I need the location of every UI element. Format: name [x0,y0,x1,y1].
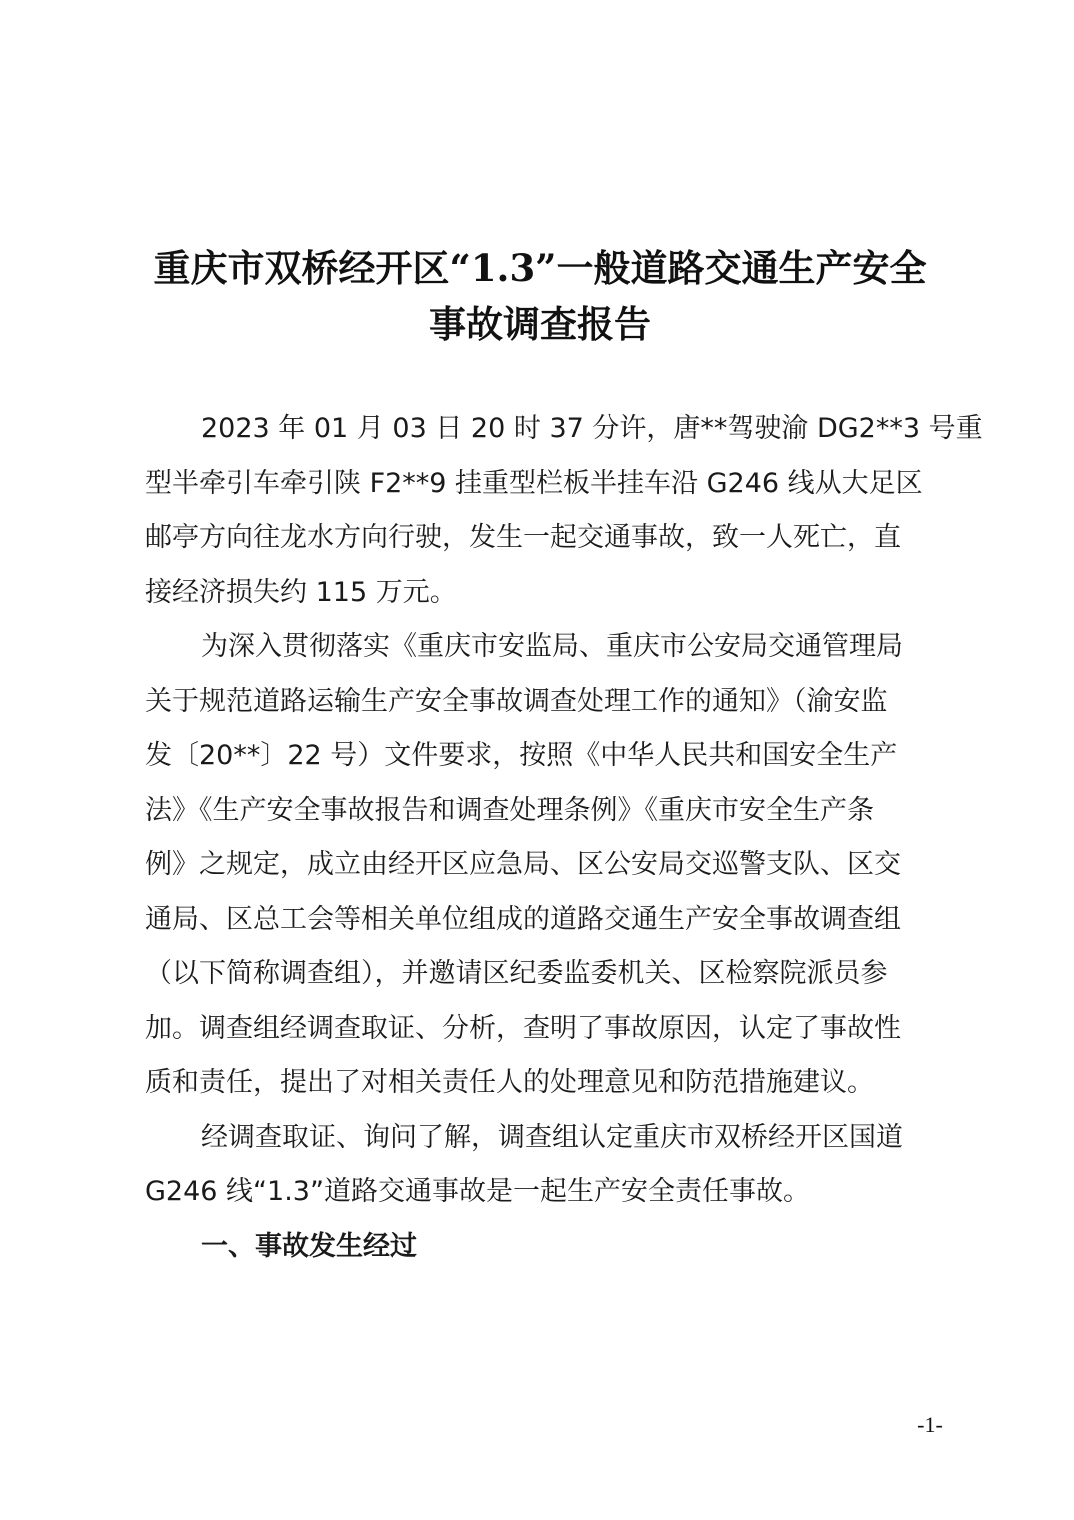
text-line: 为深入贯彻落实《重庆市安监局、重庆市公安局交通管理局 [145,620,945,675]
text-line: 2023 年 01 月 03 日 20 时 37 分许，唐**驾驶渝 DG2**… [145,402,945,457]
paragraph-conclusion: 经调查取证、询问了解，调查组认定重庆市双桥经开区国道 G246 线“1.3”道路… [145,1111,945,1220]
text-line: 法》《生产安全事故报告和调查处理条例》《重庆市安全生产条 [145,784,945,839]
page-number: -1- [905,1412,955,1438]
paragraph-investigation-basis: 为深入贯彻落实《重庆市安监局、重庆市公安局交通管理局 关于规范道路运输生产安全事… [145,620,945,1111]
text-line: （以下简称调查组），并邀请区纪委监委机关、区检察院派员参 [145,947,945,1002]
document-title: 重庆市双桥经开区“1.3”一般道路交通生产安全 事故调查报告 [120,240,960,352]
text-line: 型半牵引车牵引陕 F2**9 挂重型栏板半挂车沿 G246 线从大足区 [145,457,945,512]
text-line: 经调查取证、询问了解，调查组认定重庆市双桥经开区国道 [145,1111,945,1166]
title-line: 事故调查报告 [120,296,960,352]
text-line: 关于规范道路运输生产安全事故调查处理工作的通知》（渝安监 [145,675,945,730]
document-body: 2023 年 01 月 03 日 20 时 37 分许，唐**驾驶渝 DG2**… [145,402,945,1274]
document-page: 重庆市双桥经开区“1.3”一般道路交通生产安全 事故调查报告 2023 年 01… [0,0,1074,1520]
text-line: 例》之规定，成立由经开区应急局、区公安局交巡警支队、区交 [145,838,945,893]
text-line: 质和责任，提出了对相关责任人的处理意见和防范措施建议。 [145,1056,945,1111]
text-line: G246 线“1.3”道路交通事故是一起生产安全责任事故。 [145,1165,945,1220]
text-line: 接经济损失约 115 万元。 [145,566,945,621]
text-line: 加。调查组经调查取证、分析，查明了事故原因，认定了事故性 [145,1002,945,1057]
paragraph-incident-summary: 2023 年 01 月 03 日 20 时 37 分许，唐**驾驶渝 DG2**… [145,402,945,620]
section-heading: 一、事故发生经过 [145,1220,945,1275]
text-line: 邮亭方向往龙水方向行驶，发生一起交通事故，致一人死亡，直 [145,511,945,566]
title-line: 重庆市双桥经开区“1.3”一般道路交通生产安全 [120,240,960,296]
text-line: 发〔20**〕22 号）文件要求，按照《中华人民共和国安全生产 [145,729,945,784]
text-line: 通局、区总工会等相关单位组成的道路交通生产安全事故调查组 [145,893,945,948]
